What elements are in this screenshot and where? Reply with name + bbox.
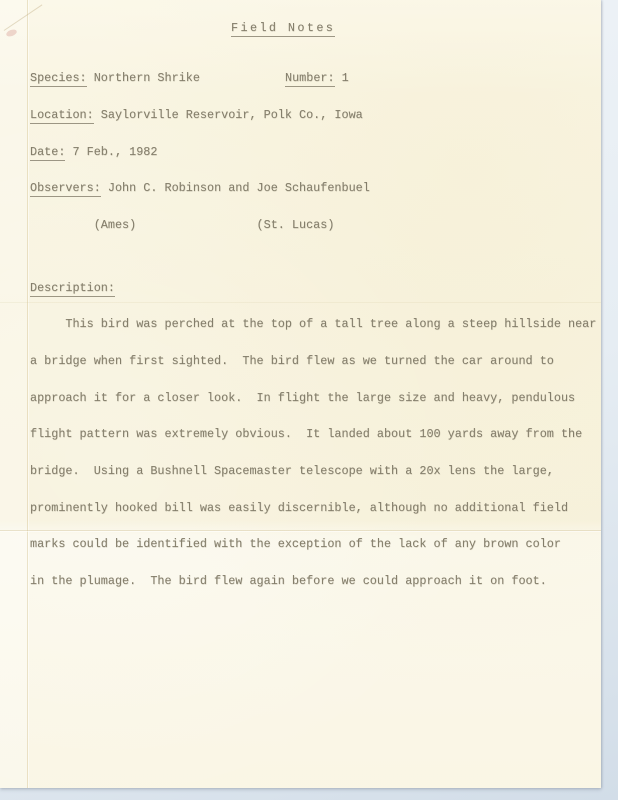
observers-affiliations-line: (Ames) (St. Lucas) xyxy=(30,219,598,231)
description-line: This bird was perched at the top of a ta… xyxy=(30,318,598,330)
paper-left-strip xyxy=(0,0,27,788)
date-value: 7 Feb., 1982 xyxy=(65,145,157,159)
number-label: Number: xyxy=(285,71,335,87)
description-line: marks could be identified with the excep… xyxy=(30,538,598,550)
paper-sheet: Field Notes Species: Northern ShrikeNumb… xyxy=(0,0,601,788)
description-line: flight pattern was extremely obvious. It… xyxy=(30,428,598,440)
scanner-background: Field Notes Species: Northern ShrikeNumb… xyxy=(0,0,618,800)
description-line: prominently hooked bill was easily disce… xyxy=(30,502,598,514)
description-line: approach it for a closer look. In flight… xyxy=(30,392,598,404)
species-label: Species: xyxy=(30,71,87,87)
observers-value: John C. Robinson and Joe Schaufenbuel xyxy=(101,181,370,195)
description-line: bridge. Using a Bushnell Spacemaster tel… xyxy=(30,465,598,477)
field-date-line: Date: 7 Feb., 1982 xyxy=(30,146,598,158)
document-title-text: Field Notes xyxy=(231,21,335,37)
number-value: 1 xyxy=(335,71,349,85)
description-label: Description: xyxy=(30,281,115,297)
location-value: Saylorville Reservoir, Polk Co., Iowa xyxy=(94,108,363,122)
field-location-line: Location: Saylorville Reservoir, Polk Co… xyxy=(30,109,598,121)
typewritten-text: Species: Northern ShrikeNumber: 1 Locati… xyxy=(30,48,598,611)
description-label-line: Description: xyxy=(30,282,598,294)
date-label: Date: xyxy=(30,145,65,161)
field-species-line: Species: Northern ShrikeNumber: 1 xyxy=(30,72,598,84)
line-gap xyxy=(30,255,598,257)
vertical-crease-highlight xyxy=(28,0,29,788)
description-line: a bridge when first sighted. The bird fl… xyxy=(30,355,598,367)
document-title: Field Notes xyxy=(231,22,335,34)
field-observers-line: Observers: John C. Robinson and Joe Scha… xyxy=(30,182,598,194)
field-number: Number: 1 xyxy=(285,72,349,84)
observers-label: Observers: xyxy=(30,181,101,197)
location-label: Location: xyxy=(30,108,94,124)
species-value: Northern Shrike xyxy=(87,71,200,85)
description-line: in the plumage. The bird flew again befo… xyxy=(30,575,598,587)
